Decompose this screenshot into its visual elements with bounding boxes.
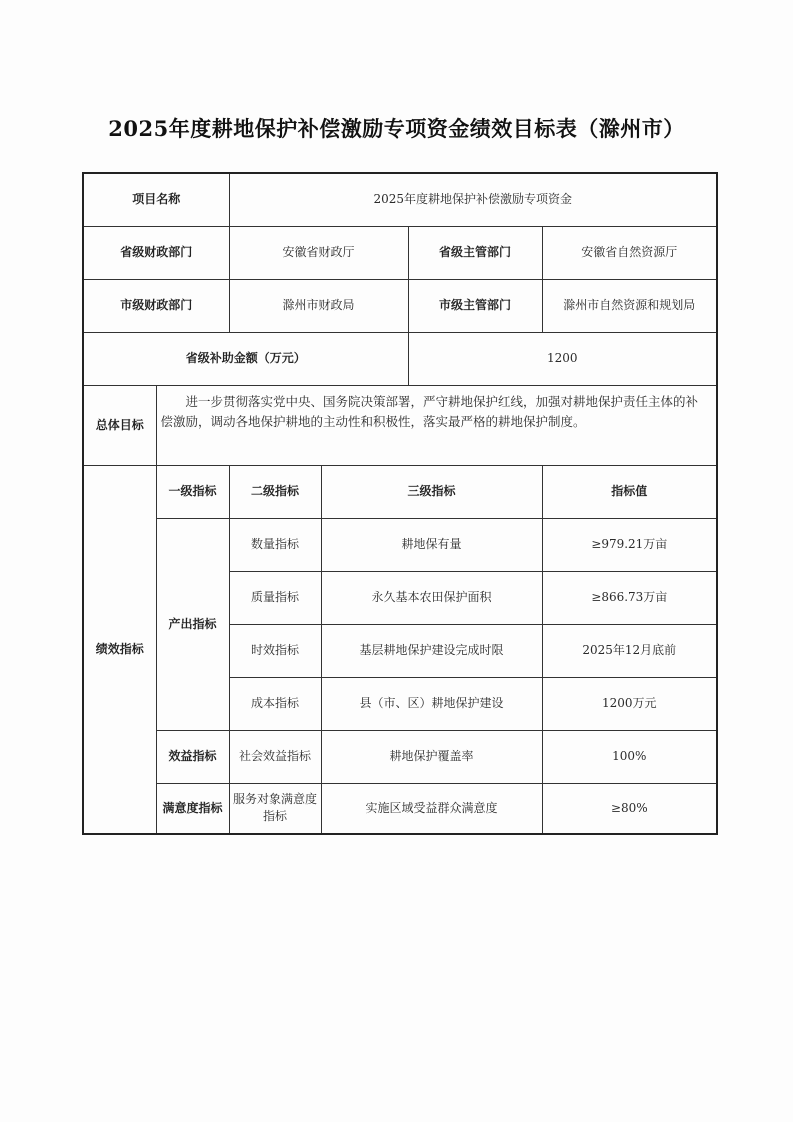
document-title: 2025年度耕地保护补偿激励专项资金绩效目标表（滁州市） [0,113,793,143]
indicator-row: 产出指标 数量指标 耕地保有量 ≥979.21万亩 [83,518,717,571]
indicator-value: ≥979.21万亩 [542,518,717,571]
header-level2: 二级指标 [229,465,321,518]
provincial-finance-label: 省级财政部门 [83,226,229,279]
project-name-value: 2025年度耕地保护补偿激励专项资金 [229,173,717,226]
header-level1: 一级指标 [156,465,229,518]
overall-goal-paragraph: 进一步贯彻落实党中央、国务院决策部署，严守耕地保护红线，加强对耕地保护责任主体的… [161,392,707,432]
city-finance-value: 滁州市财政局 [229,279,408,332]
provincial-finance-value: 安徽省财政厅 [229,226,408,279]
indicator-value: ≥80% [542,783,717,834]
project-name-row: 项目名称 2025年度耕地保护补偿激励专项资金 [83,173,717,226]
header-level3: 三级指标 [321,465,542,518]
indicator-level2: 时效指标 [229,624,321,677]
header-value: 指标值 [542,465,717,518]
indicator-header-row: 绩效指标 一级指标 二级指标 三级指标 指标值 [83,465,717,518]
project-name-label: 项目名称 [83,173,229,226]
indicator-level3: 实施区域受益群众满意度 [321,783,542,834]
city-finance-label: 市级财政部门 [83,279,229,332]
overall-goal-label: 总体目标 [83,385,156,465]
city-authority-label: 市级主管部门 [408,279,542,332]
indicator-level3: 永久基本农田保护面积 [321,571,542,624]
indicator-level3: 基层耕地保护建设完成时限 [321,624,542,677]
indicator-row: 满意度指标 服务对象满意度指标 实施区域受益群众满意度 ≥80% [83,783,717,834]
indicator-value: 2025年12月底前 [542,624,717,677]
indicator-value: 100% [542,730,717,783]
provincial-authority-label: 省级主管部门 [408,226,542,279]
indicator-row: 效益指标 社会效益指标 耕地保护覆盖率 100% [83,730,717,783]
indicator-level2: 数量指标 [229,518,321,571]
overall-goal-row: 总体目标 进一步贯彻落实党中央、国务院决策部署，严守耕地保护红线，加强对耕地保护… [83,385,717,465]
subsidy-row: 省级补助金额（万元） 1200 [83,332,717,385]
benefit-indicators-label: 效益指标 [156,730,229,783]
indicator-value: 1200万元 [542,677,717,730]
city-authority-value: 滁州市自然资源和规划局 [542,279,717,332]
performance-goal-table: 项目名称 2025年度耕地保护补偿激励专项资金 省级财政部门 安徽省财政厅 省级… [82,172,718,835]
output-indicators-label: 产出指标 [156,518,229,730]
city-departments-row: 市级财政部门 滁州市财政局 市级主管部门 滁州市自然资源和规划局 [83,279,717,332]
indicator-level2: 成本指标 [229,677,321,730]
indicator-value: ≥866.73万亩 [542,571,717,624]
indicator-level2: 质量指标 [229,571,321,624]
provincial-departments-row: 省级财政部门 安徽省财政厅 省级主管部门 安徽省自然资源厅 [83,226,717,279]
indicator-level2: 社会效益指标 [229,730,321,783]
satisfaction-indicators-label: 满意度指标 [156,783,229,834]
indicator-level3: 耕地保有量 [321,518,542,571]
indicator-level2: 服务对象满意度指标 [229,783,321,834]
overall-goal-text: 进一步贯彻落实党中央、国务院决策部署，严守耕地保护红线，加强对耕地保护责任主体的… [156,385,717,465]
indicator-level3: 耕地保护覆盖率 [321,730,542,783]
indicator-level3: 县（市、区）耕地保护建设 [321,677,542,730]
subsidy-value: 1200 [408,332,717,385]
performance-indicators-label: 绩效指标 [83,465,156,834]
provincial-authority-value: 安徽省自然资源厅 [542,226,717,279]
subsidy-label: 省级补助金额（万元） [83,332,408,385]
